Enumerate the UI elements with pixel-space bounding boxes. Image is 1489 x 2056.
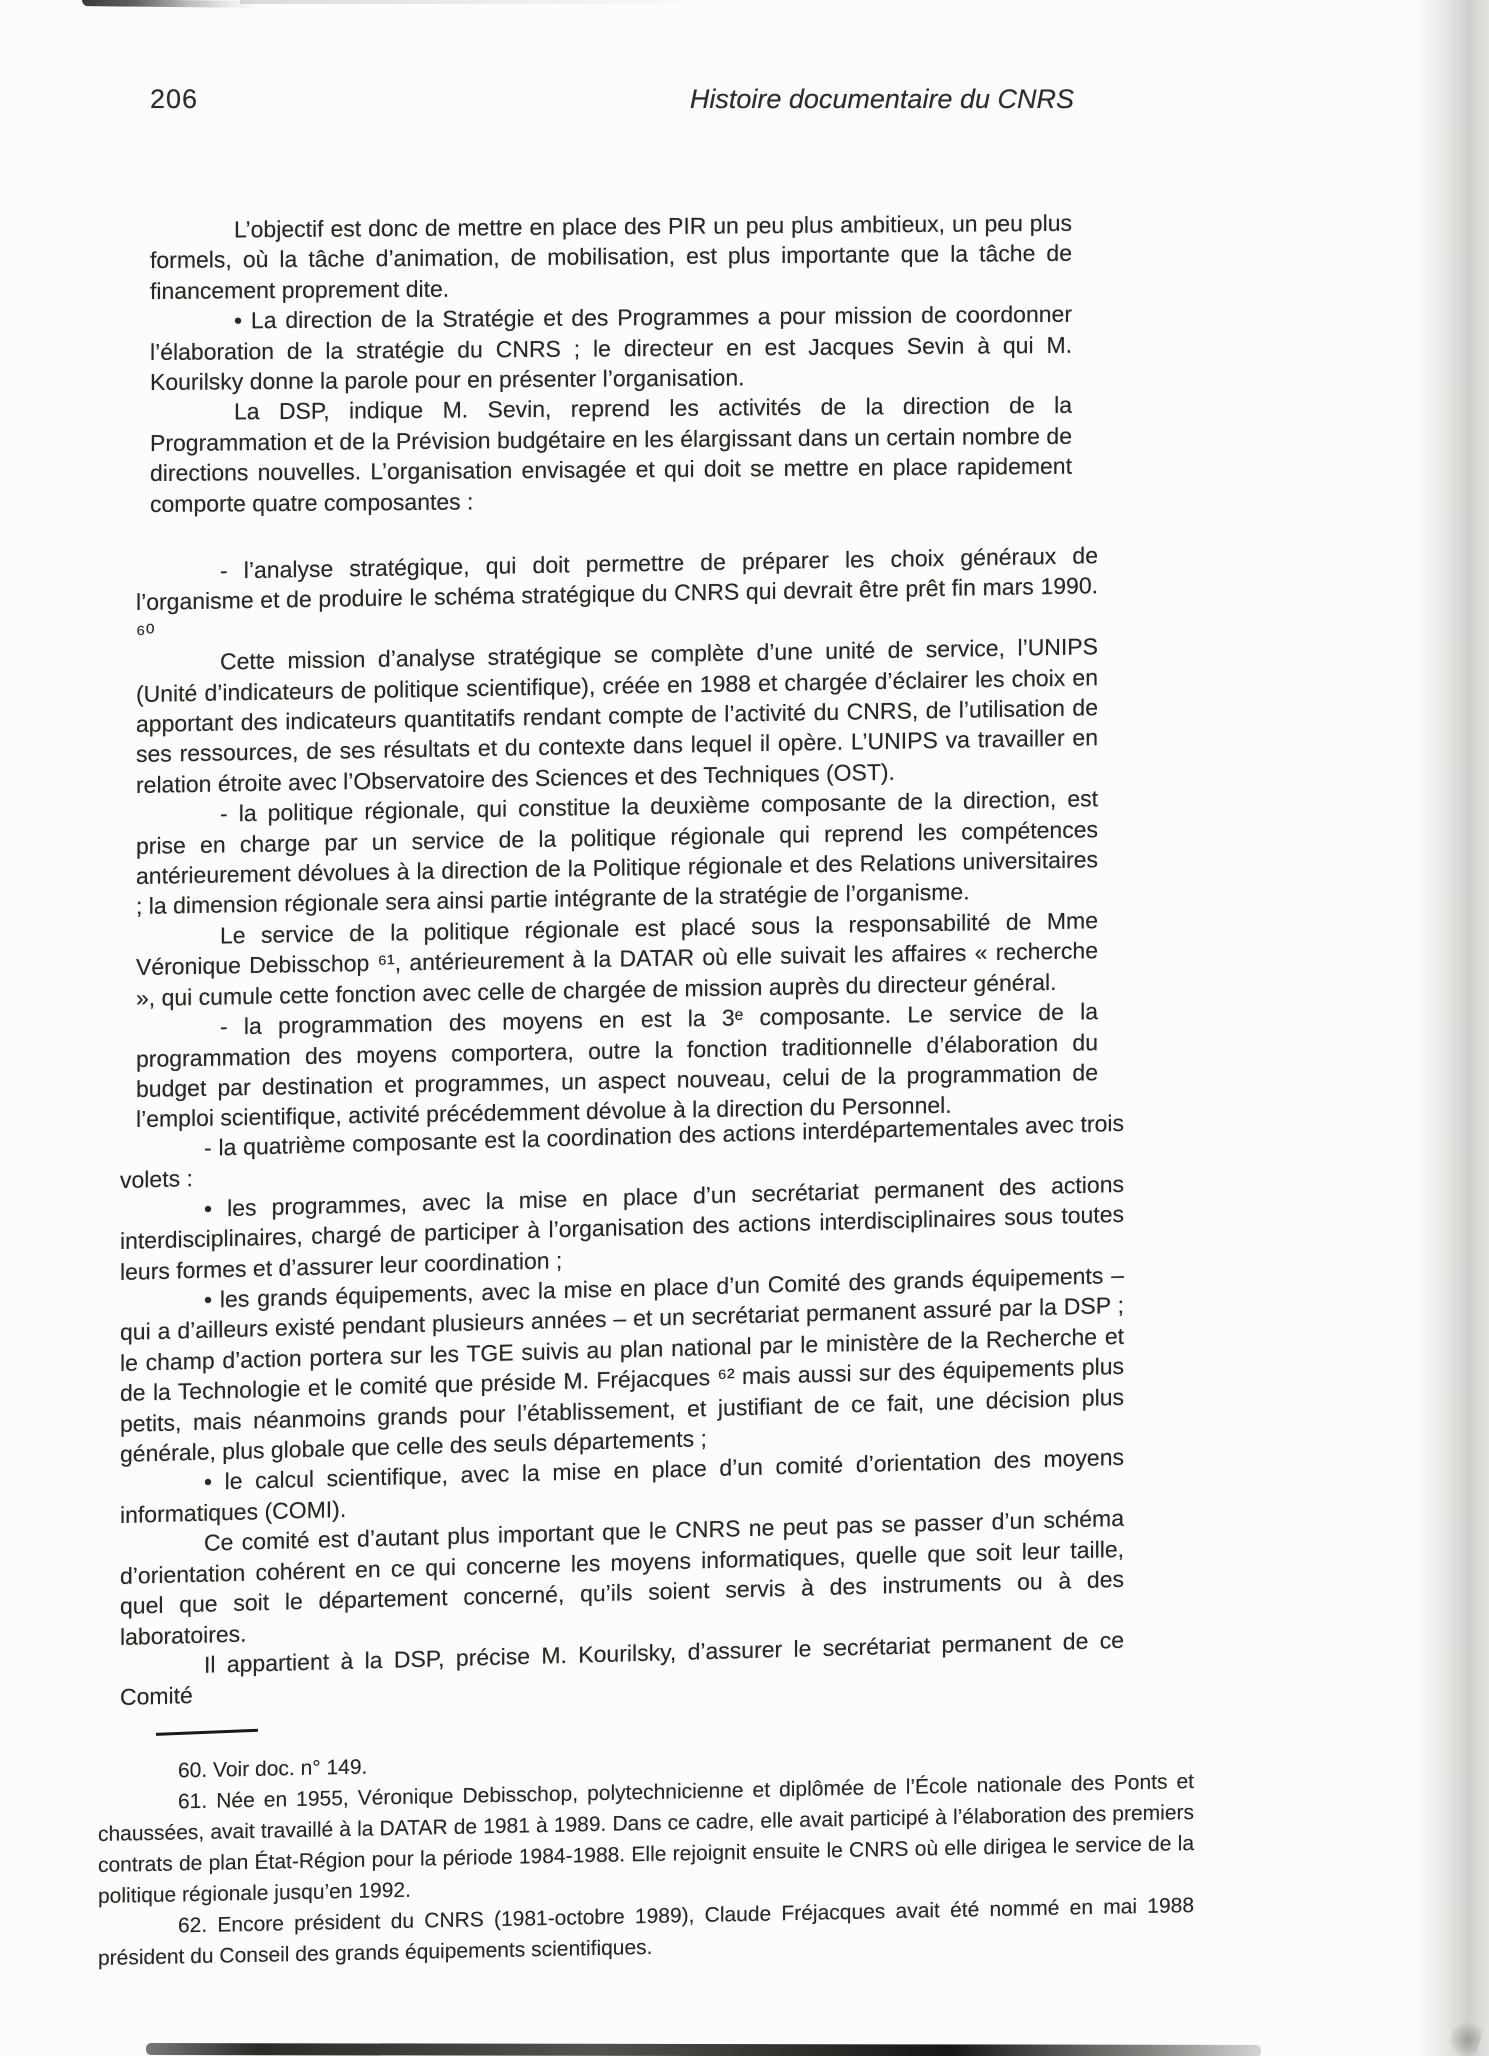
scan-mark-bottom-right [1446, 2019, 1484, 2056]
scan-smudge-top-edge [240, 0, 720, 4]
body-section-top: L’objectif est donc de mettre en place d… [150, 208, 1072, 519]
footnote-separator-rule [156, 1728, 258, 1735]
body-section-bottom: - la quatrième composante est la coordin… [120, 1108, 1124, 1713]
paragraph-grands-equipements: • les grands équipements, avec la mise e… [120, 1260, 1124, 1470]
body-section-middle: - l’analyse stratégique, qui doit permet… [136, 502, 1098, 1135]
paragraph-direction-strategie: • La direction de la Stratégie et des Pr… [150, 299, 1072, 397]
paragraph-unips: Cette mission d’analyse stratégique se c… [136, 631, 1098, 800]
scan-streak-bottom [146, 2043, 1261, 2056]
footnotes: 60. Voir doc. n° 149. 61. Née en 1955, V… [98, 1710, 1194, 1973]
scan-smudge-top-left [82, 0, 257, 8]
running-title: Histoire documentaire du CNRS [690, 84, 1074, 115]
paragraph-politique-regionale: - la politique régionale, qui constitue … [136, 784, 1098, 922]
page-number: 206 [150, 84, 198, 115]
book-page-scan: 206 Histoire documentaire du CNRS L’obje… [0, 0, 1489, 2056]
paragraph-analyse-strategique: - l’analyse stratégique, qui doit permet… [136, 502, 1098, 648]
paragraph-dsp: La DSP, indique M. Sevin, reprend les ac… [150, 390, 1072, 519]
paragraph-debisschop: Le service de la politique régionale est… [136, 905, 1098, 1013]
body-text: L’objectif est donc de mettre en place d… [0, 215, 1489, 1713]
page-header: 206 Histoire documentaire du CNRS [150, 84, 1074, 115]
footnote-61: 61. Née en 1955, Véronique Debisschop, p… [98, 1765, 1194, 1911]
paragraph-objectif: L’objectif est donc de mettre en place d… [150, 208, 1072, 306]
